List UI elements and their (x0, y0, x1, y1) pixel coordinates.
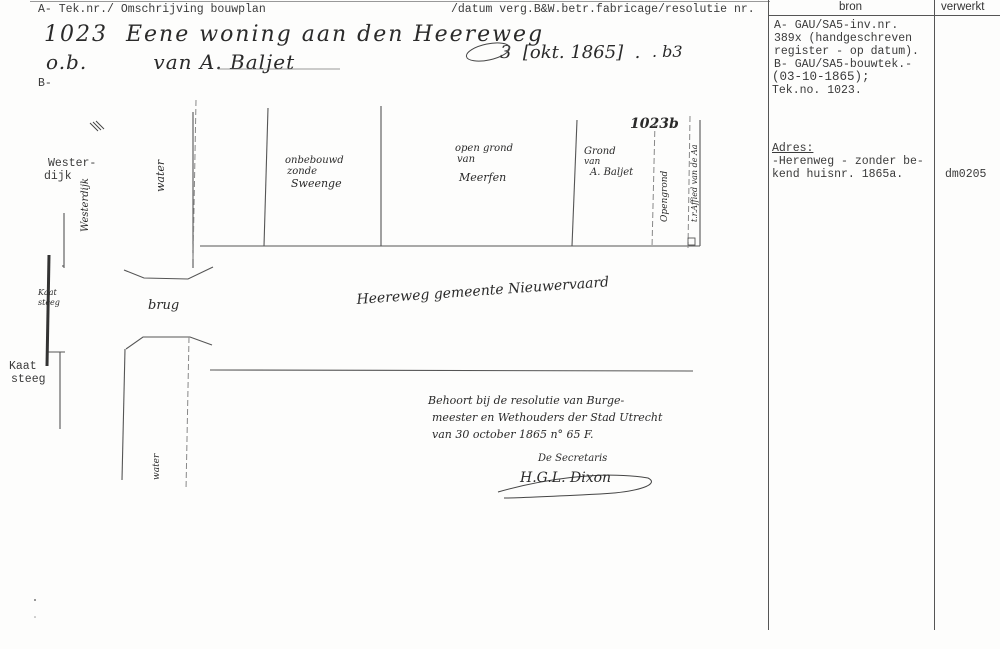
label-kaatsteeg: Kaat steeg (9, 360, 44, 386)
signature-title: De Secretaris (538, 453, 607, 464)
plot-line: onbebouwd (285, 155, 344, 166)
annotation-line: van 30 october 1865 n° 65 F. (432, 426, 662, 443)
annotation-line: Behoort bij de resolutie van Burge- (428, 392, 658, 409)
plot-line: van (584, 157, 627, 167)
kaatsteeg-line: Kaat (9, 360, 44, 373)
westerdijk-line: Wester- (48, 157, 96, 170)
plot-line: Sweenge (291, 177, 350, 190)
label-kaatsteeg-handwritten: Kaat steeg (38, 288, 60, 308)
site-plan-drawing (0, 0, 1000, 649)
plot-3-label: Grond van A. Baljet (584, 146, 627, 178)
plot-line: Grond (584, 146, 627, 157)
kaatsteeg-line: steeg (11, 373, 46, 386)
label-water-bottom: water (152, 454, 162, 480)
plot-line: zonde (287, 166, 346, 177)
plot-line: A. Baljet (590, 167, 633, 178)
plot-5-label: t.r.Affied van de Aa (690, 144, 699, 222)
label-brug: brug (148, 298, 179, 313)
plot-4-label: Opengrond (660, 171, 670, 222)
plot-line: Meerfen (459, 171, 517, 184)
plot-line: open grond (455, 143, 513, 154)
label-westerdijk-handwritten: Westerdijk (80, 178, 91, 232)
label-water-top: water (154, 160, 167, 192)
plot-1-label: onbebouwd zonde Sweenge (285, 155, 344, 190)
signature: H.G.L. Dixon (520, 470, 611, 486)
resolution-annotation: Behoort bij de resolutie van Burge- mees… (428, 392, 658, 443)
plot-number: 1023b (630, 116, 679, 132)
annotation-line: meester en Wethouders der Stad Utrecht (432, 409, 662, 426)
plot-2-label: open grond van Meerfen (455, 143, 513, 178)
plot-line: van (457, 154, 515, 165)
